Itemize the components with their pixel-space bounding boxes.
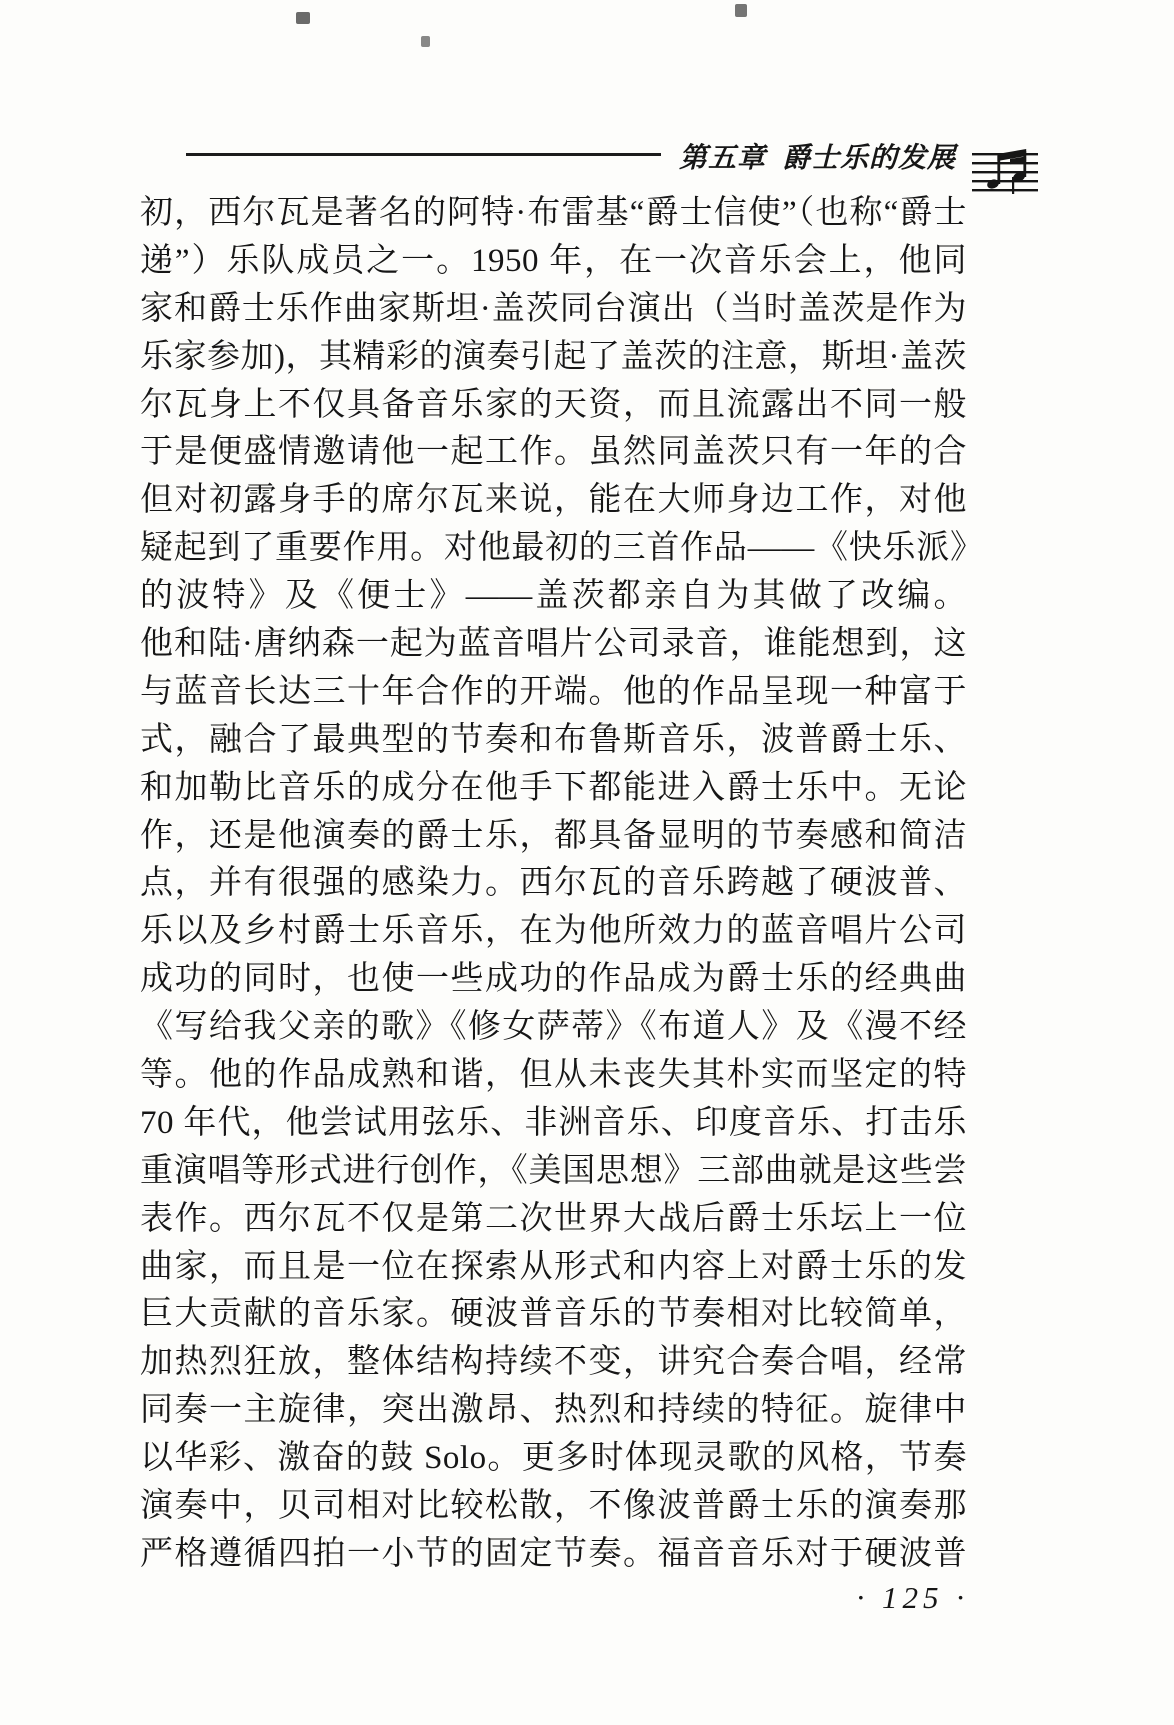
text-line: 疑起到了重要作用。对他最初的三首作品——《快乐派》《幸运	[140, 525, 967, 573]
text-line: 表作。西尔瓦不仅是第二次世界大战后爵士乐坛上一位重要的作	[140, 1196, 967, 1244]
text-line: 等。他的作品成熟和谐，但从未丧失其朴实而坚定的特点。在	[140, 1052, 967, 1100]
scan-artifact	[421, 36, 430, 47]
text-line: 和加勒比音乐的成分在他手下都能进入爵士乐中。无论是他的写	[140, 765, 967, 813]
text-line: 于是便盛情邀请他一起工作。虽然同盖茨只有一年的合作时间，	[140, 429, 967, 477]
scan-artifact	[296, 12, 310, 24]
text-line: 成功的同时，也使一些成功的作品成为爵士乐的经典曲目，如：	[140, 956, 967, 1004]
scan-artifact	[735, 4, 747, 17]
text-line: 演奏中，贝司相对比较松散，不像波普爵士乐的演奏那样，相对	[140, 1483, 967, 1531]
text-line: 巨大贡献的音乐家。硬波普音乐的节奏相对比较简单，但风格更	[140, 1291, 967, 1339]
book-page: 第五章爵士乐的发展 初，西尔瓦是著名的阿特·布雷基“爵士信使”（也称“爵士乐传递…	[0, 0, 1174, 1725]
text-line: 同奏一主旋律，突出激昂、热烈和持续的特征。旋律中的间歇填	[140, 1387, 967, 1435]
text-line: 尔瓦身上不仅具备音乐家的天资，而且流露出不同一般的个性，	[140, 382, 967, 430]
text-line: 以华彩、激奋的鼓 Solo。更多时体现灵歌的风格，节奏部乐器的	[140, 1435, 967, 1483]
text-line: 与蓝音长达三十年合作的开端。他的作品呈现一种富于灵感的方	[140, 669, 967, 717]
text-line: 70 年代，他尝试用弦乐、非洲音乐、印度音乐、打击乐以及多	[140, 1100, 967, 1148]
text-line: 重演唱等形式进行创作，《美国思想》三部曲就是这些尝试的代	[140, 1148, 967, 1196]
text-line: 乐家参加)，其精彩的演奏引起了盖茨的注意，斯坦·盖茨发现席	[140, 334, 967, 382]
chapter-title: 爵士乐的发展	[782, 143, 956, 174]
chapter-heading: 第五章爵士乐的发展	[679, 136, 956, 176]
text-line: 点，并有很强的感染力。西尔瓦的音乐跨越了硬波普、灵歌爵士	[140, 860, 967, 908]
text-line: 初，西尔瓦是著名的阿特·布雷基“爵士信使”（也称“爵士乐传	[140, 190, 967, 238]
header-rule	[186, 153, 661, 156]
music-staff-icon	[972, 147, 1038, 195]
text-line: 加热烈狂放，整体结构持续不变，讲究合奏合唱，经常几件乐器	[140, 1339, 967, 1387]
text-line: 曲家，而且是一位在探索从形式和内容上对爵士乐的发展都做出	[140, 1244, 967, 1292]
text-line: 但对初露身手的席尔瓦来说，能在大师身边工作，对他的成长无	[140, 477, 967, 525]
text-line: 递”）乐队成员之一。1950 年，在一次音乐会上，他同著名钢琴	[140, 238, 967, 286]
text-line: 严格遵循四拍一小节的固定节奏。福音音乐对于硬波普爵士乐的	[140, 1531, 967, 1579]
chapter-number: 第五章	[679, 143, 766, 174]
page-number: · 125 ·	[140, 1580, 969, 1616]
body-text: 初，西尔瓦是著名的阿特·布雷基“爵士信使”（也称“爵士乐传递”）乐队成员之一。1…	[140, 190, 967, 1579]
page-header: 第五章爵士乐的发展	[186, 136, 1038, 195]
text-line: 他和陆·唐纳森一起为蓝音唱片公司录音，谁能想到，这竟是他	[140, 621, 967, 669]
text-line: 乐以及乡村爵士乐音乐，在为他所效力的蓝音唱片公司创取巨大	[140, 908, 967, 956]
text-line: 《写给我父亲的歌》《修女萨蒂》《布道人》及《漫不经心的演奏》	[140, 1004, 967, 1052]
text-line: 家和爵士乐作曲家斯坦·盖茨同台演出（当时盖茨是作为客座音	[140, 286, 967, 334]
text-line: 式，融合了最典型的节奏和布鲁斯音乐，波普爵士乐、福音音乐	[140, 717, 967, 765]
text-line: 作，还是他演奏的爵士乐，都具备显明的节奏感和简洁旋律的特	[140, 813, 967, 861]
text-line: 的波特》及《便士》——盖茨都亲自为其做了改编。1954 年，	[140, 573, 967, 621]
